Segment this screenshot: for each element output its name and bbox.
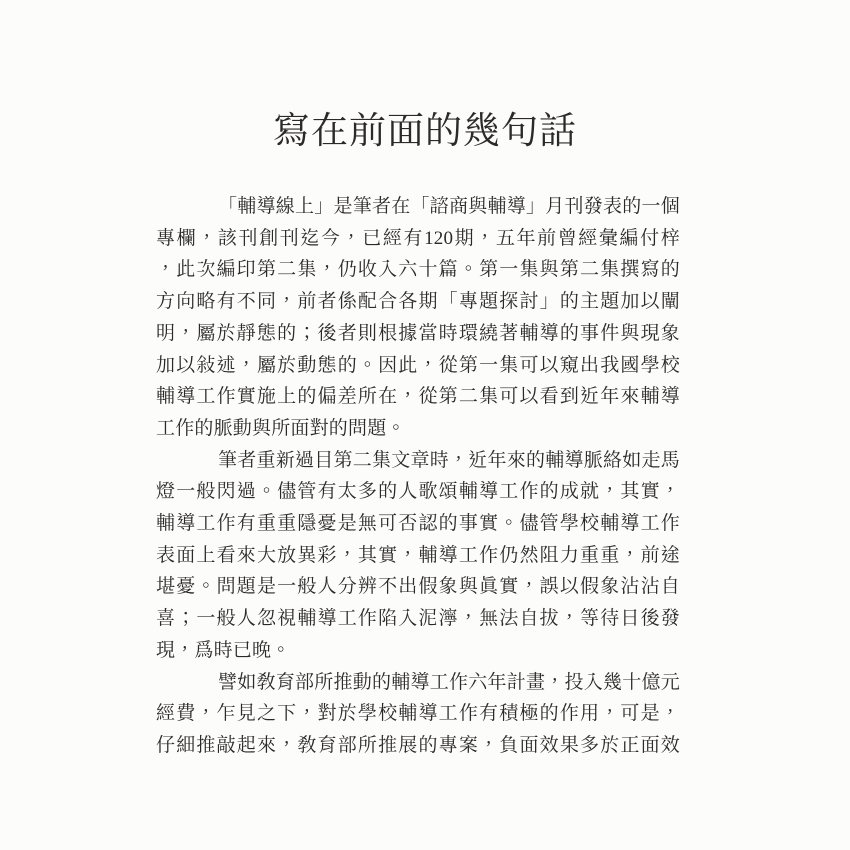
text-line: 經費，乍見之下，對於學校輔導工作有積極的作用，可是， [156, 698, 680, 730]
text-line: ，此次編印第二集，仍收入六十篇。第一集與第二集撰寫的 [156, 254, 680, 286]
text-line: 加以敍述，屬於動態的。因此，從第一集可以窺出我國學校 [156, 350, 680, 382]
text-line: 筆者重新過目第二集文章時，近年來的輔導脈絡如走馬 [156, 445, 680, 477]
book-page: 寫在前面的幾句話 「輔導線上」是筆者在「諮商與輔導」月刊發表的一個 專欄，該刊創… [0, 0, 850, 850]
page-title: 寫在前面的幾句話 [0, 106, 850, 158]
text-line: 方向略有不同，前者係配合各期「專題探討」的主題加以闡 [156, 286, 680, 318]
text-line: 「輔導線上」是筆者在「諮商與輔導」月刊發表的一個 [156, 191, 680, 223]
text-line: 譬如敎育部所推動的輔導工作六年計畫，投入幾十億元 [156, 667, 680, 699]
text-line: 輔導工作有重重隱憂是無可否認的事實。儘管學校輔導工作 [156, 508, 680, 540]
text-line: 喜；一般人忽視輔導工作陷入泥濘，無法自拔，等待日後發 [156, 603, 680, 635]
text-line: 仔細推敲起來，敎育部所推展的專案，負面效果多於正面效 [156, 730, 680, 762]
text-line: 工作的脈動與所面對的問題。 [156, 413, 680, 445]
text-line: 燈一般閃過。儘管有太多的人歌頌輔導工作的成就，其實， [156, 476, 680, 508]
body-text: 「輔導線上」是筆者在「諮商與輔導」月刊發表的一個 專欄，該刊創刊迄今，已經有12… [156, 191, 680, 762]
text-line: 專欄，該刊創刊迄今，已經有120期，五年前曾經彙編付梓 [156, 223, 680, 255]
text-line: 輔導工作實施上的偏差所在，從第二集可以看到近年來輔導 [156, 381, 680, 413]
text-line: 堪憂。問題是一般人分辨不出假象與眞實，誤以假象沾沾自 [156, 571, 680, 603]
paragraph-3: 譬如敎育部所推動的輔導工作六年計畫，投入幾十億元 經費，乍見之下，對於學校輔導工… [156, 667, 680, 762]
text-line: 表面上看來大放異彩，其實，輔導工作仍然阻力重重，前途 [156, 540, 680, 572]
text-line: 現，爲時已晚。 [156, 635, 680, 667]
paragraph-1: 「輔導線上」是筆者在「諮商與輔導」月刊發表的一個 專欄，該刊創刊迄今，已經有12… [156, 191, 680, 445]
paragraph-2: 筆者重新過目第二集文章時，近年來的輔導脈絡如走馬 燈一般閃過。儘管有太多的人歌頌… [156, 445, 680, 667]
text-line: 明，屬於靜態的；後者則根據當時環繞著輔導的事件與現象 [156, 318, 680, 350]
